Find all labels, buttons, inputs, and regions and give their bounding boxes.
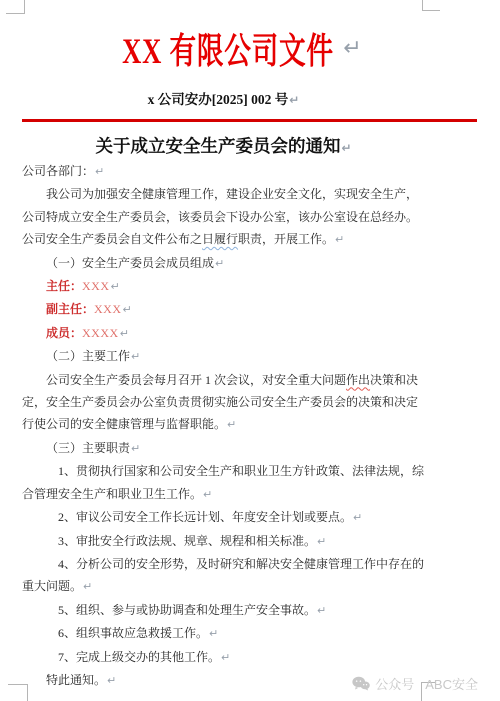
- member-label: 副主任：: [46, 302, 94, 316]
- company-header: XX 有限公司文件 ↵: [22, 24, 425, 72]
- notice-title: 关于成立安全生产委员会的通知↵: [22, 133, 425, 158]
- paragraph-mark-icon: ↵: [203, 488, 212, 501]
- duty-item-text: 2、审议公司安全工作长远计划、年度安全计划或要点。: [58, 510, 352, 524]
- closing-text: 特此通知。: [46, 673, 106, 687]
- paragraph-mark-icon: ↵: [215, 257, 224, 270]
- member-line-deputy: 副主任：XXX↵: [22, 298, 426, 321]
- member-value: XXX: [94, 302, 122, 316]
- paragraph-mark-icon: ↵: [111, 280, 120, 293]
- paragraph-mark-icon: ↵: [341, 141, 351, 155]
- section2-paragraph: 公司安全生产委员会每月召开 1 次会议，对安全重大问题作出决策和决定，安全生产委…: [22, 369, 426, 437]
- duty-item-text: 1、贯彻执行国家和公司安全生产和职业卫生方针政策、法律法规，综合管理安全生产和职…: [22, 464, 424, 500]
- duty-item-text: 5、组织、参与或协助调查和处理生产安全事故。: [58, 603, 316, 617]
- watermark: 公众号 ABC安全: [352, 674, 478, 693]
- duty-item-5: 5、组织、参与或协助调查和处理生产安全事故。↵: [22, 599, 426, 622]
- paragraph-mark-icon: ↵: [107, 674, 116, 687]
- section1-heading: （一）安全生产委员会成员组成↵: [22, 252, 426, 275]
- section2-text-pre: 公司安全生产委员会每月召开 1 次会议，对安全重大问题: [46, 373, 346, 387]
- crop-mark-top-left: [6, 0, 25, 14]
- intro-text-post: 职责，开展工作。: [238, 232, 334, 246]
- member-value: XXXX: [82, 326, 119, 340]
- section2-heading-text: （二）主要工作: [46, 349, 130, 363]
- notice-title-text: 关于成立安全生产委员会的通知: [95, 136, 340, 156]
- duty-item-text: 7、完成上级交办的其他工作。: [58, 650, 220, 664]
- member-label: 主任：: [46, 279, 82, 293]
- duty-item-7: 7、完成上级交办的其他工作。↵: [22, 646, 426, 669]
- document-number: x 公司安办[2025] 002 号↵: [22, 88, 425, 108]
- paragraph-mark-icon: ↵: [95, 165, 104, 178]
- spell-check-underline: 作出: [346, 373, 370, 387]
- section3-heading-text: （三）主要职责: [46, 441, 130, 455]
- intro-paragraph: 我公司为加强安全健康管理工作，建设企业安全文化，实现安全生产，公司特成立安全生产…: [22, 183, 426, 251]
- member-line-director: 主任：XXX↵: [22, 275, 426, 298]
- paragraph-mark-icon: ↵: [289, 93, 299, 107]
- crop-mark-top-right: [422, 0, 440, 11]
- paragraph-mark-icon: ↵: [120, 327, 129, 340]
- salutation-text: 公司各部门：: [22, 164, 94, 178]
- grammar-check-underline: 日履行: [202, 232, 238, 246]
- paragraph-mark-icon: ↵: [221, 651, 230, 664]
- wechat-icon: [352, 676, 370, 691]
- section2-heading: （二）主要工作↵: [22, 345, 426, 368]
- paragraph-mark-icon: ↵: [343, 36, 361, 61]
- watermark-channel-label: 公众号: [375, 674, 414, 693]
- member-label: 成员：: [46, 326, 82, 340]
- paragraph-mark-icon: ↵: [353, 511, 362, 524]
- paragraph-mark-icon: ↵: [131, 350, 140, 363]
- member-value: XXX: [82, 279, 110, 293]
- salutation-line: 公司各部门：↵: [22, 160, 426, 183]
- section1-heading-text: （一）安全生产委员会成员组成: [46, 256, 214, 270]
- document-number-text: x 公司安办[2025] 002 号: [148, 92, 289, 107]
- paragraph-mark-icon: ↵: [317, 535, 326, 548]
- watermark-brand: ABC安全: [425, 674, 478, 693]
- duty-item-2: 2、审议公司安全工作长远计划、年度安全计划或要点。↵: [22, 506, 426, 529]
- paragraph-mark-icon: ↵: [227, 418, 236, 431]
- duty-item-3: 3、审批安全行政法规、规章、规程和相关标准。↵: [22, 530, 426, 553]
- document-body: 公司各部门：↵ 我公司为加强安全健康管理工作，建设企业安全文化，实现安全生产，公…: [22, 160, 426, 692]
- duty-item-6: 6、组织事故应急救援工作。↵: [22, 622, 426, 645]
- company-header-title: XX 有限公司文件: [122, 23, 334, 74]
- duty-item-text: 6、组织事故应急救援工作。: [58, 626, 208, 640]
- red-divider-line: [22, 119, 477, 122]
- paragraph-mark-icon: ↵: [335, 233, 344, 246]
- document-page: XX 有限公司文件 ↵ x 公司安办[2025] 002 号↵ 关于成立安全生产…: [0, 0, 500, 701]
- duty-item-text: 3、审批安全行政法规、规章、规程和相关标准。: [58, 534, 316, 548]
- duty-item-1: 1、贯彻执行国家和公司安全生产和职业卫生方针政策、法律法规，综合管理安全生产和职…: [22, 460, 426, 506]
- paragraph-mark-icon: ↵: [131, 442, 140, 455]
- paragraph-mark-icon: ↵: [317, 604, 326, 617]
- section3-heading: （三）主要职责↵: [22, 437, 426, 460]
- paragraph-mark-icon: ↵: [83, 580, 92, 593]
- paragraph-mark-icon: ↵: [123, 303, 132, 316]
- paragraph-mark-icon: ↵: [209, 627, 218, 640]
- duty-item-4: 4、分析公司的安全形势，及时研究和解决安全健康管理工作中存在的重大问题。↵: [22, 553, 426, 599]
- member-line-members: 成员：XXXX↵: [22, 322, 426, 345]
